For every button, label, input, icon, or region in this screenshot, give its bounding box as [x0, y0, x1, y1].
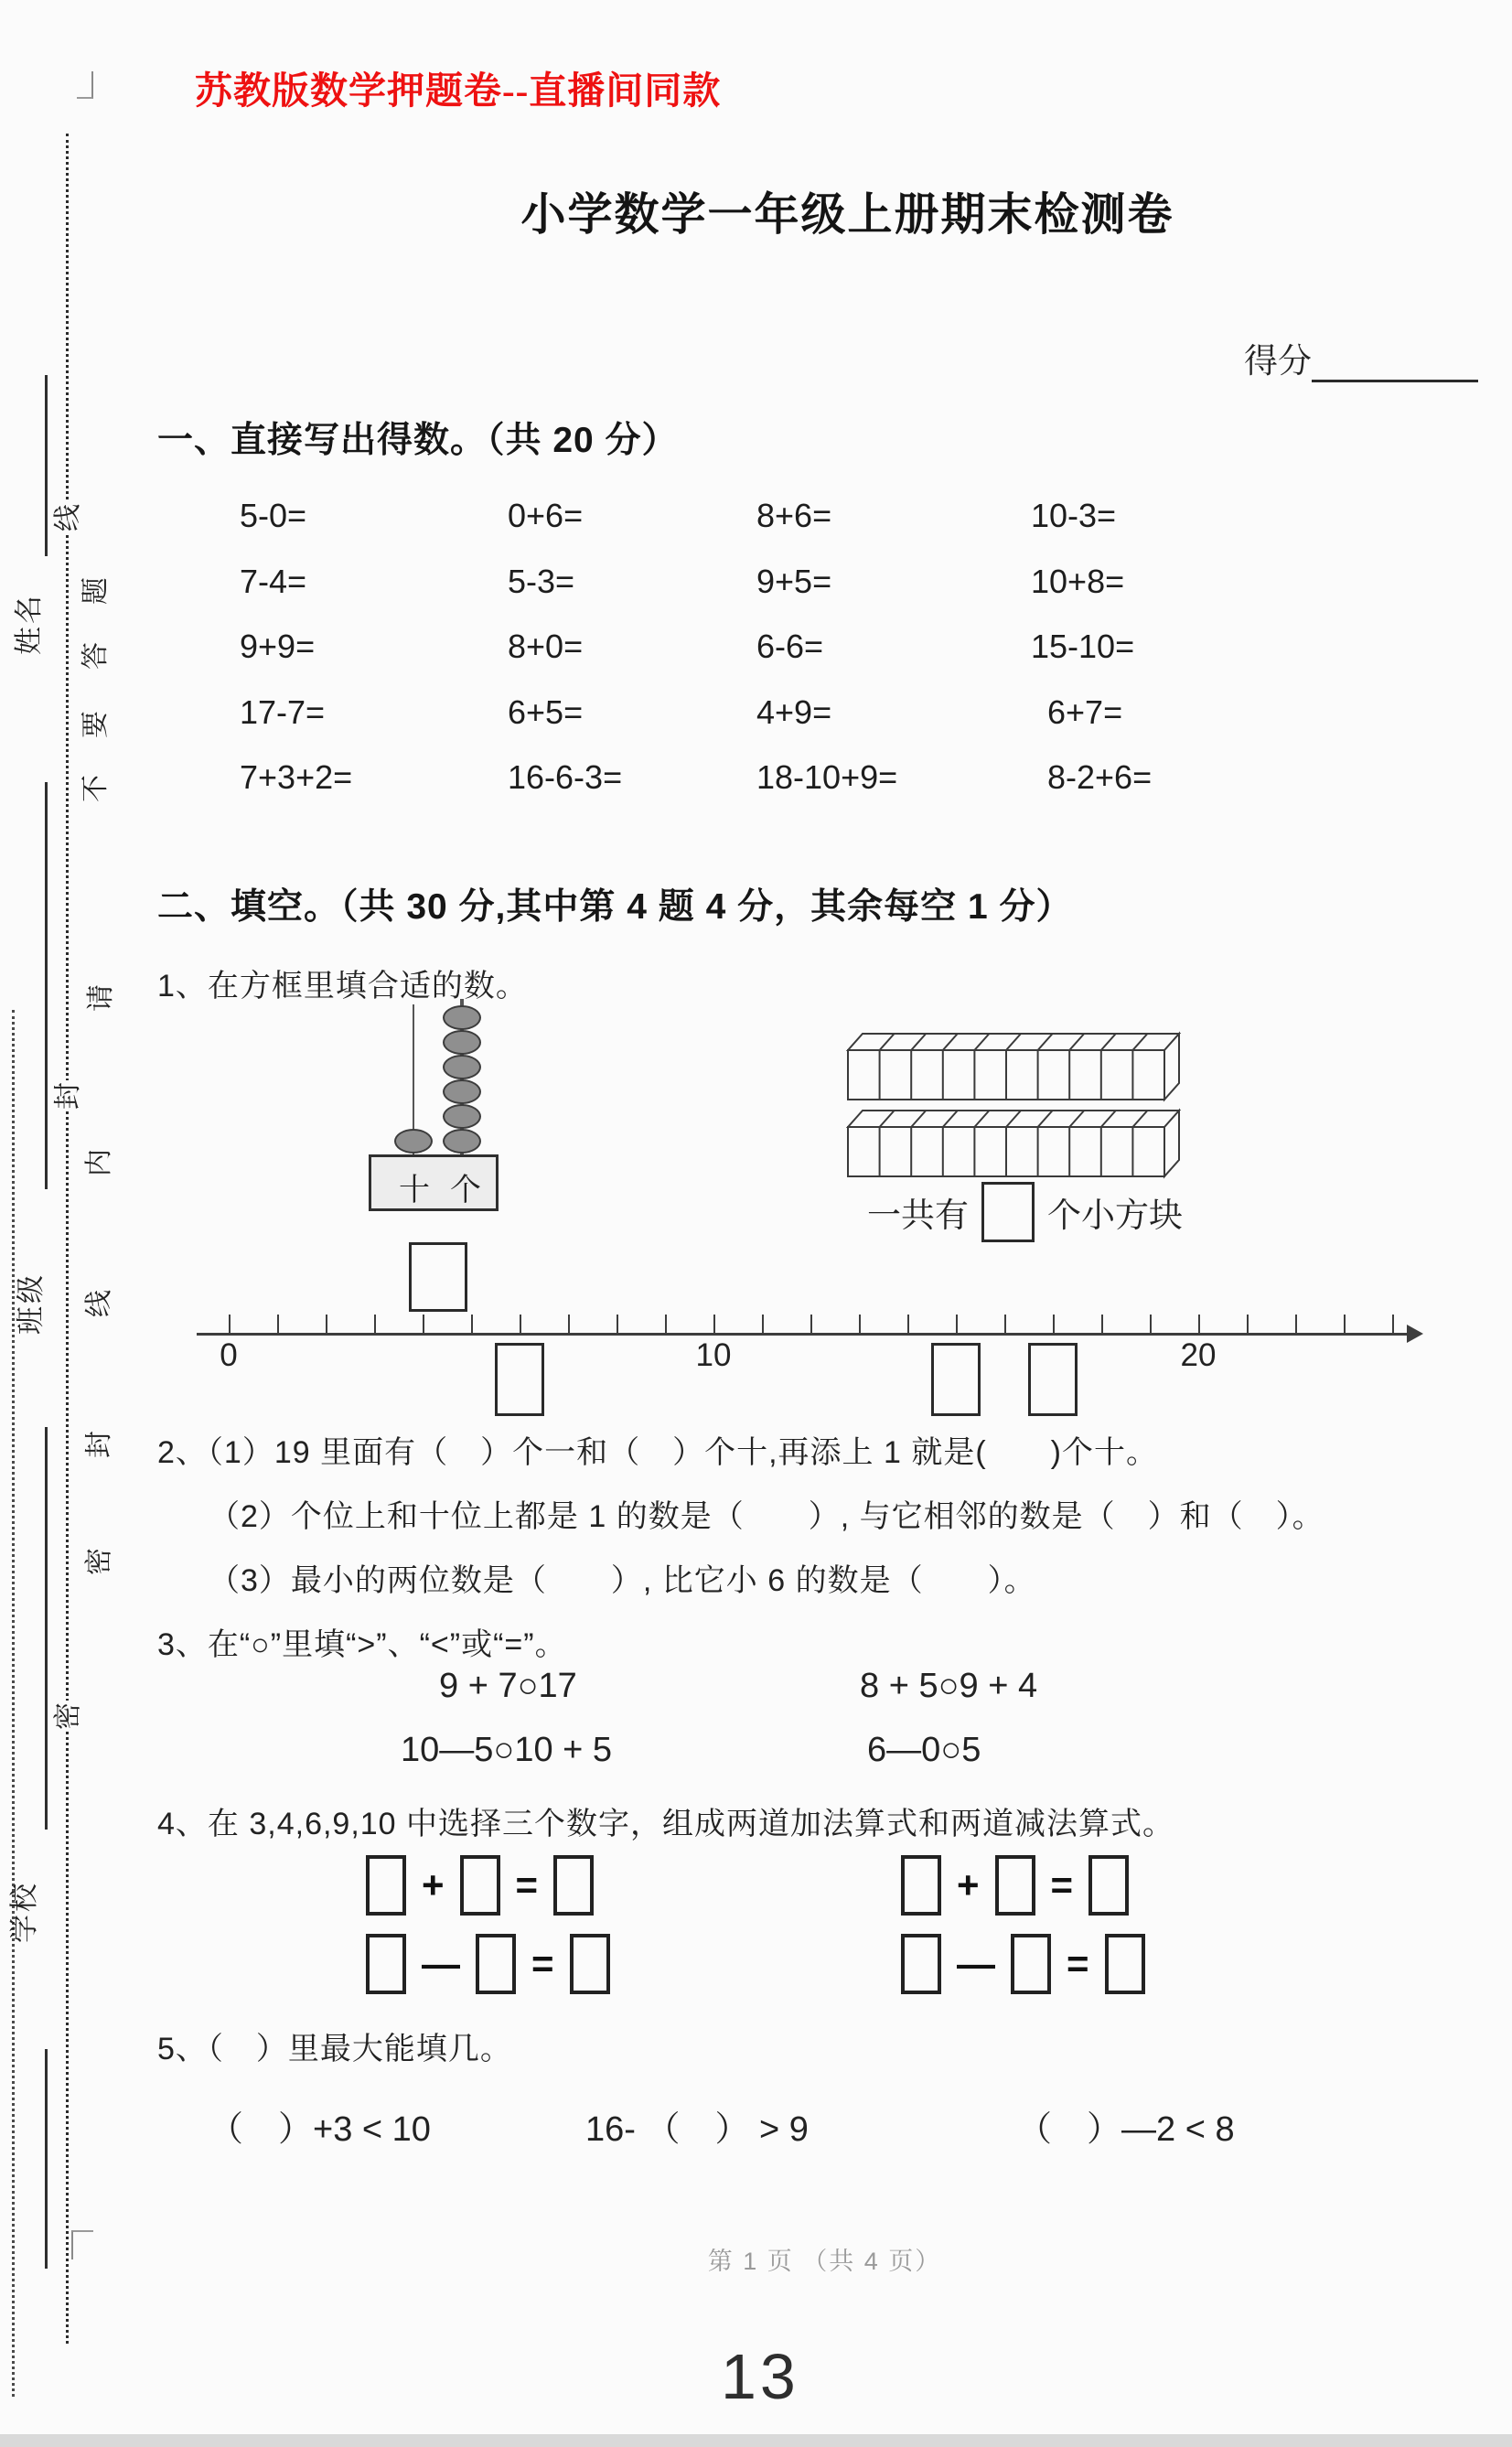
page-footer: 第 1 页 （共 4 页）: [137, 2241, 1512, 2277]
seal-text-char: 请: [86, 982, 117, 1014]
extra-blank-line: [45, 2049, 48, 2269]
cube-row-bottom: [846, 1107, 1196, 1180]
seal-text-char: 内: [84, 1147, 115, 1178]
addition-equation: + =: [366, 1855, 594, 1916]
equation-box[interactable]: [553, 1855, 594, 1916]
fold-dotted-line: [12, 1010, 15, 2397]
plus-sign: +: [422, 1863, 445, 1907]
max-fill-expression: （ ）—2 < 8: [1017, 2100, 1235, 2151]
arithmetic-problem: 7+3+2=: [240, 745, 508, 810]
equation-box[interactable]: [1088, 1855, 1129, 1916]
abacus-bead: [443, 1104, 481, 1129]
subtraction-equation: — =: [366, 1934, 610, 1994]
equals-sign: =: [531, 1942, 554, 1986]
abacus-ones-label: 个: [450, 1164, 481, 1209]
arithmetic-problem: 15-10=: [1031, 614, 1337, 680]
arithmetic-problem: 6-6=: [756, 614, 1031, 680]
arithmetic-problem: 8+6=: [756, 483, 1031, 549]
name-label: 姓名: [14, 587, 45, 660]
number-line-answer-box[interactable]: [1028, 1343, 1078, 1416]
page-edge: [0, 2434, 1512, 2447]
score-field: 得分: [1244, 333, 1478, 382]
handwritten-page-number: 13: [721, 2340, 799, 2413]
arithmetic-problem: 9+5=: [756, 549, 1031, 615]
arithmetic-problem: 8-2+6=: [1031, 745, 1337, 810]
arithmetic-problem: 6+7=: [1031, 680, 1337, 746]
page-title: 小学数学一年级上册期末检测卷: [238, 179, 1457, 243]
question5-text: 5、（ ）里最大能填几。: [157, 2023, 512, 2068]
abacus-bead: [443, 1129, 481, 1154]
seal-line-char: 密: [53, 1701, 84, 1732]
cubes-caption: 一共有 个小方块: [867, 1182, 1183, 1242]
arithmetic-problem: 10-3=: [1031, 483, 1337, 549]
equation-box[interactable]: [995, 1855, 1035, 1916]
arithmetic-problem: 4+9=: [756, 680, 1031, 746]
seal-dotted-line: [66, 134, 69, 2344]
equation-box[interactable]: [901, 1934, 941, 1994]
arithmetic-problem: 18-10+9=: [756, 745, 1031, 810]
arithmetic-problem: 16-6-3=: [508, 745, 756, 810]
abacus-figure: 十 个: [361, 997, 517, 1326]
seal-text-char: 题: [80, 575, 112, 606]
compare-expression: 6—0○5: [867, 1731, 981, 1770]
arithmetic-problem: 0+6=: [508, 483, 756, 549]
arithmetic-problem: 5-3=: [508, 549, 756, 615]
seal-line-char: 封: [53, 1080, 84, 1111]
abacus-bead: [443, 1055, 481, 1079]
class-blank-line: [45, 782, 48, 1189]
question2-line1: 2、（1）19 里面有（ ）个一和（ ）个十,再添上 1 就是( )个十。: [157, 1427, 1158, 1472]
plus-sign: +: [957, 1863, 980, 1907]
seal-text-char: 答: [80, 640, 112, 671]
question2-line2: （2）个位上和十位上都是 1 的数是（ ）, 与它相邻的数是（ ）和（ ）。: [209, 1491, 1324, 1536]
arithmetic-problem: 5-0=: [240, 483, 508, 549]
cube-row-top: [846, 1030, 1196, 1103]
arithmetic-problem: 7-4=: [240, 549, 508, 615]
arithmetic-problem: 9+9=: [240, 614, 508, 680]
school-blank-line: [45, 1427, 48, 1830]
number-line-axis: [197, 1333, 1413, 1336]
minus-sign: —: [957, 1942, 995, 1986]
red-watermark: 苏教版数学押题卷--直播间同款: [195, 60, 721, 114]
seal-text-char: 线: [84, 1288, 115, 1319]
number-line-label: 0: [220, 1337, 237, 1374]
max-fill-expression: 16- （ ） > 9: [585, 2100, 809, 2151]
seal-line-char: 线: [53, 502, 84, 533]
abacus-tens-label: 十: [399, 1164, 430, 1209]
corner-mark-top-left: [77, 71, 93, 99]
equation-box[interactable]: [366, 1934, 406, 1994]
abacus-bead: [443, 1030, 481, 1055]
cubes-caption-prefix: 一共有: [867, 1187, 969, 1237]
number-line-label: 10: [696, 1337, 732, 1374]
section1-heading: 一、直接写出得数。（共 20 分）: [157, 412, 679, 463]
addition-equation: + =: [901, 1855, 1129, 1916]
seal-text-char: 不: [80, 773, 112, 804]
number-line: 0 10 20: [183, 1308, 1432, 1427]
arithmetic-problem: 17-7=: [240, 680, 508, 746]
section2-heading: 二、填空。（共 30 分,其中第 4 题 4 分，其余每空 1 分）: [157, 878, 1072, 929]
equation-box[interactable]: [476, 1934, 516, 1994]
abacus-answer-box[interactable]: [409, 1242, 467, 1312]
equation-box[interactable]: [1105, 1934, 1145, 1994]
subtraction-equation: — =: [901, 1934, 1145, 1994]
max-fill-expression: （ ）+3 < 10: [209, 2100, 431, 2151]
equation-box[interactable]: [366, 1855, 406, 1916]
name-blank-line: [45, 375, 48, 556]
arithmetic-problem: 6+5=: [508, 680, 756, 746]
question2-line3: （3）最小的两位数是（ ）, 比它小 6 的数是（ ）。: [209, 1555, 1036, 1600]
equation-box[interactable]: [570, 1934, 610, 1994]
arithmetic-problem: 8+0=: [508, 614, 756, 680]
exam-page: 姓名 班级 学校 线 封 密 题 答 要 不 请 内 线 封 密 苏教版数学押题…: [0, 0, 1512, 2447]
seal-text-char: 封: [84, 1429, 115, 1460]
school-label: 学校: [9, 1875, 40, 1948]
abacus-bead: [394, 1129, 433, 1154]
number-line-arrow: [1407, 1325, 1423, 1343]
equals-sign: =: [516, 1863, 539, 1907]
corner-mark-bottom-left: [71, 2230, 93, 2259]
abacus-bead: [443, 1005, 481, 1030]
seal-text-char: 密: [84, 1546, 115, 1577]
equation-box[interactable]: [901, 1855, 941, 1916]
arithmetic-grid: 5-0= 0+6= 8+6= 10-3= 7-4= 5-3= 9+5= 10+8…: [240, 483, 1337, 810]
score-blank[interactable]: [1312, 349, 1478, 382]
equation-box[interactable]: [1011, 1934, 1051, 1994]
cubes-answer-box[interactable]: [981, 1182, 1035, 1242]
question4-text: 4、在 3,4,6,9,10 中选择三个数字，组成两道加法算式和两道减法算式。: [157, 1798, 1174, 1843]
number-line-answer-box[interactable]: [495, 1343, 544, 1416]
equals-sign: =: [1051, 1863, 1074, 1907]
arithmetic-problem: 10+8=: [1031, 549, 1337, 615]
compare-expression: 10—5○10 + 5: [401, 1731, 612, 1770]
cubes-caption-suffix: 个小方块: [1047, 1187, 1183, 1237]
number-line-label: 20: [1181, 1337, 1217, 1374]
question3-text: 3、在“○”里填“>”、“<”或“=”。: [157, 1619, 567, 1664]
compare-expression: 8 + 5○9 + 4: [860, 1667, 1037, 1706]
equals-sign: =: [1067, 1942, 1089, 1986]
abacus-bead: [443, 1079, 481, 1104]
equation-box[interactable]: [460, 1855, 500, 1916]
seal-text-char: 要: [80, 709, 112, 740]
compare-expression: 9 + 7○17: [439, 1667, 577, 1706]
score-label: 得分: [1244, 342, 1312, 380]
class-label: 班级: [16, 1267, 47, 1340]
abacus-base: 十 个: [369, 1154, 499, 1211]
number-line-answer-box[interactable]: [931, 1343, 981, 1416]
minus-sign: —: [422, 1942, 460, 1986]
